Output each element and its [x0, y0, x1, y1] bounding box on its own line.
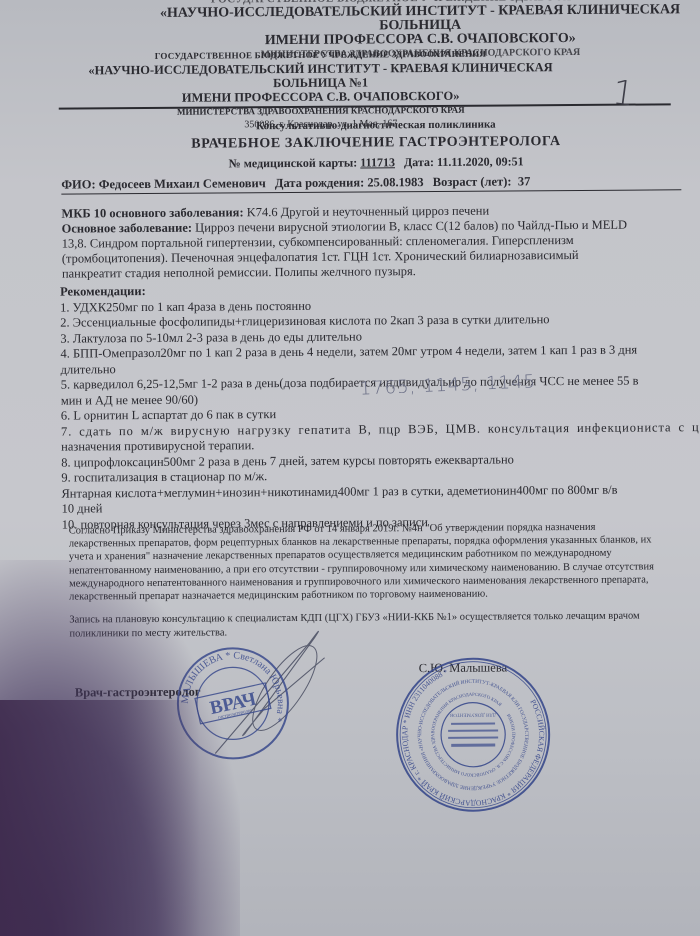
date-label: Дата:	[404, 155, 434, 169]
org-name: «НАУЧНО-ИССЛЕДОВАТЕЛЬСКИЙ ИНСТИТУТ - КРА…	[60, 60, 580, 92]
hospital-seal: РОССИЙСКАЯ ФЕДЕРАЦИЯ * КРАСНОДАРСКИЙ КРА…	[393, 654, 554, 815]
document-title: ВРАЧЕБНОЕ ЗАКЛЮЧЕНИЕ ГАСТРОЭНТЕРОЛОГА	[161, 132, 591, 155]
dob-value: 25.08.1983	[367, 175, 423, 189]
date-value: 11.11.2020, 09:51	[437, 154, 524, 169]
card-label: № медицинской карты:	[229, 156, 358, 171]
patient-name: Федосеев Михаил Семенович	[99, 176, 266, 191]
card-number: 111713	[360, 155, 395, 169]
svg-text:ГОСУДАРСТВЕННОЕ БЮДЖЕТНОЕ УЧРЕ: ГОСУДАРСТВЕННОЕ БЮДЖЕТНОЕ УЧРЕЖДЕНИЕ ЗДР…	[396, 654, 554, 815]
scanned-page: ГОСУДАРСТВЕННОЕ БЮДЖЕТНОЕ УЧРЕЖДЕНИЕ ЗДР…	[0, 0, 700, 936]
booking-notice: Запись на плановую консультацию к специа…	[69, 609, 700, 640]
name-label: ФИО:	[61, 177, 95, 191]
legal-notice: Согласно Приказу Министерства здравоохра…	[69, 520, 700, 604]
svg-text:РОССИЙСКАЯ ФЕДЕРАЦИЯ * КРАСНОД: РОССИЙСКАЯ ФЕДЕРАЦИЯ * КРАСНОДАРСКИЙ КРА…	[393, 654, 554, 815]
main-diagnosis-label: Основное заболевание:	[62, 221, 193, 236]
title-block: Консультативно-диагностическая поликлини…	[161, 116, 591, 173]
seal-inner-text: ИМЕНИ ПРОФЕССОРА С.В. ОЧАПОВСКОГО МИНИСТ…	[414, 676, 532, 794]
main-diagnosis-text: панкреатит стадия неполной ремиссии. Пол…	[62, 262, 692, 281]
icd-label: МКБ 10 основного заболевания:	[61, 205, 243, 220]
handwritten-page-number: 1	[610, 72, 637, 115]
diagnosis: МКБ 10 основного заболевания: K74.6 Друг…	[61, 202, 692, 281]
patient-info: ФИО: Федосеев Михаил Семенович Дата рожд…	[61, 173, 681, 194]
previous-header-line2: «НАУЧНО-ИССЛЕДОВАТЕЛЬСКИЙ ИНСТИТУТ - КРА…	[150, 3, 690, 35]
age-value: 37	[518, 174, 531, 188]
dob-label: Дата рождения:	[275, 175, 364, 190]
seal-center-text: ДЛЯ ДОКУМЕНТОВ	[449, 712, 496, 717]
age-label: Возраст (лет):	[433, 174, 512, 189]
doctor-stamp: МАЛЫШЕВА * Светлана Юрьевна * ВРАЧ гастр…	[172, 643, 293, 764]
hand-shadow-lower	[0, 700, 200, 936]
recommendations: Рекомендации: 1. УДХК250мг по 1 кап 4раз…	[60, 280, 700, 532]
svg-text:ИМЕНИ ПРОФЕССОРА С.В. ОЧАПОВСК: ИМЕНИ ПРОФЕССОРА С.В. ОЧАПОВСКОГО МИНИСТ…	[414, 676, 532, 794]
icd-value: K74.6 Другой и неуточненный цирроз печен…	[247, 204, 490, 220]
seal-middle-text: ГОСУДАРСТВЕННОЕ БЮДЖЕТНОЕ УЧРЕЖДЕНИЕ ЗДР…	[396, 654, 554, 815]
seal-outer-text: РОССИЙСКАЯ ФЕДЕРАЦИЯ * КРАСНОДАРСКИЙ КРА…	[393, 654, 554, 815]
card-info: № медицинской карты: 111713 Дата: 11.11.…	[161, 152, 591, 173]
